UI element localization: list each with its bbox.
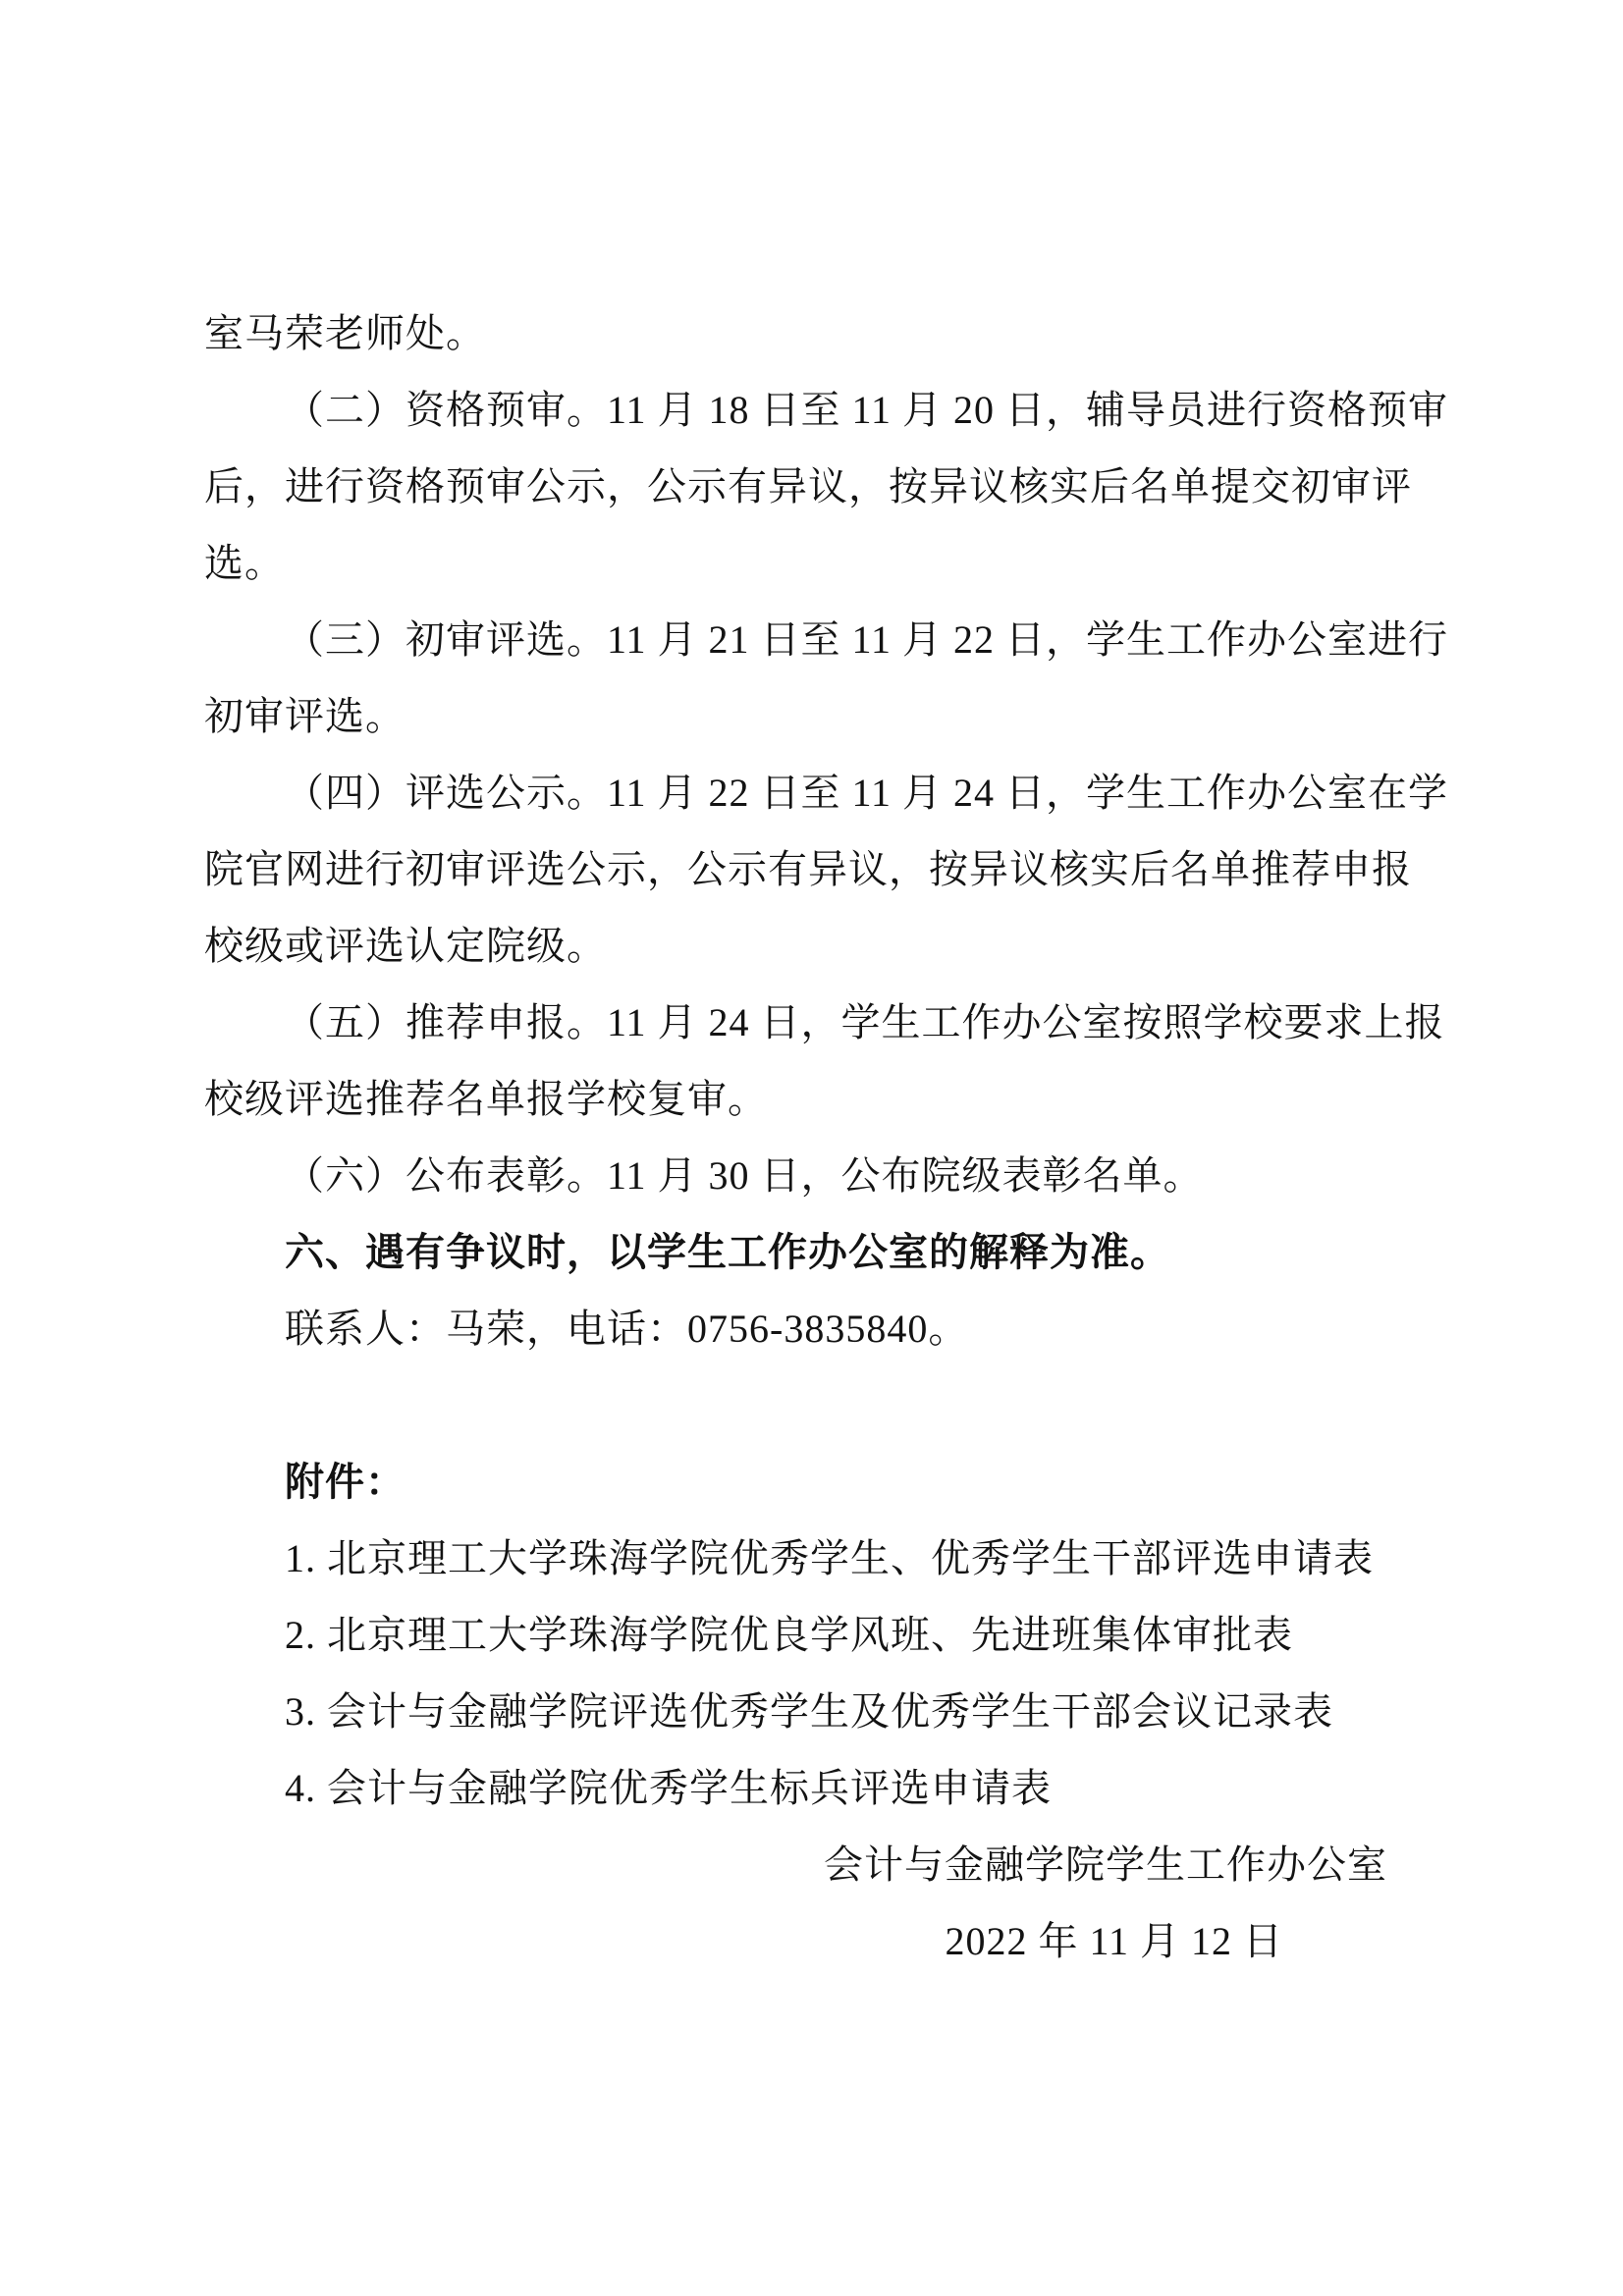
text-line: （五）推荐申报。11 月 24 日，学生工作办公室按照学校要求上报: [204, 985, 1387, 1061]
attachment-item-2: 2. 北京理工大学珠海学院优良学风班、先进班集体审批表: [204, 1597, 1387, 1674]
signature-date: 2022 年 11 月 12 日: [204, 1903, 1387, 1980]
text-line: 六、遇有争议时，以学生工作办公室的解释为准。: [204, 1214, 1387, 1291]
text-line: （六）公布表彰。11 月 30 日，公布院级表彰名单。: [204, 1138, 1387, 1214]
text-line: 4. 会计与金融学院优秀学生标兵评选申请表: [204, 1750, 1387, 1827]
para-step-6-announcement: （六）公布表彰。11 月 30 日，公布院级表彰名单。: [204, 1138, 1387, 1214]
attachment-item-4: 4. 会计与金融学院优秀学生标兵评选申请表: [204, 1750, 1387, 1827]
text-line: 院官网进行初审评选公示，公示有异议，按异议核实后名单推荐申报: [204, 831, 1387, 908]
text-line: 校级评选推荐名单报学校复审。: [204, 1061, 1387, 1138]
text-line: 选。: [204, 525, 1387, 602]
para-contact-info: 联系人：马荣，电话：0756-3835840。: [204, 1291, 1387, 1367]
text-line: 3. 会计与金融学院评选优秀学生及优秀学生干部会议记录表: [204, 1674, 1387, 1750]
para-step-4-selection-publicity: （四）评选公示。11 月 22 日至 11 月 24 日，学生工作办公室在学院官…: [204, 755, 1387, 985]
text-line: 2022 年 11 月 12 日: [204, 1903, 1283, 1980]
text-line: 1. 北京理工大学珠海学院优秀学生、优秀学生干部评选申请表: [204, 1521, 1387, 1597]
text-line: （四）评选公示。11 月 22 日至 11 月 24 日，学生工作办公室在学: [204, 755, 1387, 831]
text-line: 初审评选。: [204, 678, 1387, 755]
attachment-item-3: 3. 会计与金融学院评选优秀学生及优秀学生干部会议记录表: [204, 1674, 1387, 1750]
para-attachments-heading: 附件：: [204, 1444, 1387, 1521]
signature-department: 会计与金融学院学生工作办公室: [204, 1827, 1387, 1903]
para-step-3-initial-review: （三）初审评选。11 月 21 日至 11 月 22 日，学生工作办公室进行初审…: [204, 602, 1387, 755]
text-line: 联系人：马荣，电话：0756-3835840。: [204, 1291, 1387, 1367]
text-line: 2. 北京理工大学珠海学院优良学风班、先进班集体审批表: [204, 1597, 1387, 1674]
text-line: （二）资格预审。11 月 18 日至 11 月 20 日，辅导员进行资格预审: [204, 372, 1387, 449]
text-line: 会计与金融学院学生工作办公室: [204, 1827, 1387, 1903]
document-body: 室马荣老师处。（二）资格预审。11 月 18 日至 11 月 20 日，辅导员进…: [204, 295, 1387, 1980]
para-continued-from-previous-page: 室马荣老师处。: [204, 295, 1387, 372]
attachment-item-1: 1. 北京理工大学珠海学院优秀学生、优秀学生干部评选申请表: [204, 1521, 1387, 1597]
text-line: 室马荣老师处。: [204, 295, 1387, 372]
text-line: 附件：: [204, 1444, 1387, 1521]
text-line: 后，进行资格预审公示，公示有异议，按异议核实后名单提交初审评: [204, 449, 1387, 525]
document-page: 室马荣老师处。（二）资格预审。11 月 18 日至 11 月 20 日，辅导员进…: [0, 0, 1623, 2296]
text-line: 校级或评选认定院级。: [204, 908, 1387, 985]
para-section-6-dispute-clause: 六、遇有争议时，以学生工作办公室的解释为准。: [204, 1214, 1387, 1291]
text-line: （三）初审评选。11 月 21 日至 11 月 22 日，学生工作办公室进行: [204, 602, 1387, 678]
blank-line-spacer: [204, 1367, 1387, 1444]
para-step-2-qualification-precheck: （二）资格预审。11 月 18 日至 11 月 20 日，辅导员进行资格预审后，…: [204, 372, 1387, 602]
para-step-5-recommendation: （五）推荐申报。11 月 24 日，学生工作办公室按照学校要求上报校级评选推荐名…: [204, 985, 1387, 1138]
